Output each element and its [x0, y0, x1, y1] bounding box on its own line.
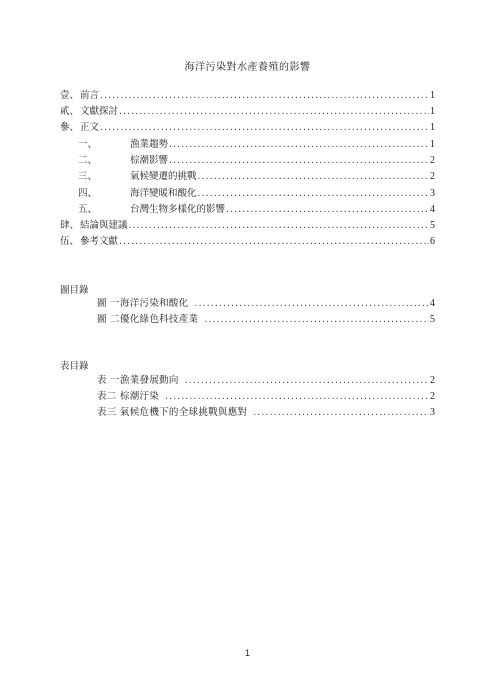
dot-leader	[100, 89, 429, 103]
toc-entry-preface[interactable]: 壹、 前言 1	[60, 89, 435, 103]
dot-leader	[198, 187, 429, 201]
dot-leader	[204, 313, 429, 327]
toc-number: 四、	[78, 187, 118, 201]
toc-entry-climate-change[interactable]: 三、 氣候變遷的挑戰 2	[78, 170, 435, 184]
dot-leader	[169, 154, 429, 168]
table-label: 表三 氣候危機下的全球挑戰與應對	[97, 406, 247, 420]
dot-leader	[253, 406, 429, 420]
toc-label: 結論與建議	[80, 219, 128, 233]
table-entry[interactable]: 表 一漁業發展動向 2	[97, 374, 435, 388]
figure-label: 圖 二優化綠色科技產業	[97, 313, 198, 327]
dot-leader	[198, 170, 429, 184]
figure-page: 4	[430, 297, 435, 311]
dot-leader	[165, 390, 429, 404]
dot-leader	[195, 297, 429, 311]
page-number: 1	[0, 648, 495, 658]
table-page: 2	[430, 374, 435, 388]
toc-label: 台灣生物多樣化的影響	[130, 203, 225, 217]
figure-label: 圖 一海洋污染和酸化	[97, 297, 189, 311]
table-label: 表二 棕潮汙染	[97, 390, 159, 404]
toc-number: 二、	[78, 154, 118, 168]
dot-leader	[119, 235, 429, 249]
toc-page: 1	[430, 138, 435, 152]
toc-entry-brown-tide[interactable]: 二、 棕潮影響 2	[78, 154, 435, 168]
toc-page: 1	[430, 89, 435, 103]
toc-page: 4	[430, 203, 435, 217]
toc-number: 一、	[78, 138, 118, 152]
table-entry[interactable]: 表二 棕潮汙染 2	[97, 390, 435, 404]
figure-entry[interactable]: 圖 二優化綠色科技產業 5	[97, 313, 435, 327]
toc-label: 氣候變遷的挑戰	[130, 170, 197, 184]
toc-entry-biodiversity[interactable]: 五、 台灣生物多樣化的影響 4	[78, 203, 435, 217]
toc-number: 壹、	[60, 89, 80, 103]
toc-page: 1	[430, 121, 435, 135]
toc-label: 海洋變暖和酸化	[130, 187, 197, 201]
toc-entry-literature-review[interactable]: 貳、 文獻探討 1	[60, 105, 435, 119]
toc-page: 2	[430, 170, 435, 184]
toc-entry-main-text[interactable]: 參、 正文 1	[60, 121, 435, 135]
toc-page: 5	[430, 219, 435, 233]
dot-leader	[169, 138, 429, 152]
toc-entry-conclusion[interactable]: 肆、 結論與建議 5	[60, 219, 435, 233]
figure-entry[interactable]: 圖 一海洋污染和酸化 4	[97, 297, 435, 311]
toc-entry-references[interactable]: 伍、 參考文獻 6	[60, 235, 435, 249]
figure-page: 5	[430, 313, 435, 327]
dot-leader	[129, 219, 429, 233]
toc-label: 漁業趨勢	[130, 138, 168, 152]
toc-label: 正文	[80, 121, 99, 135]
toc-number: 三、	[78, 170, 118, 184]
toc-number: 貳、	[60, 105, 80, 119]
toc-label: 文獻探討	[80, 105, 118, 119]
toc-page: 2	[430, 154, 435, 168]
table-page: 3	[430, 406, 435, 420]
table-entry[interactable]: 表三 氣候危機下的全球挑戰與應對 3	[97, 406, 435, 420]
dot-leader	[185, 374, 429, 388]
toc-label: 參考文獻	[80, 235, 118, 249]
toc-number: 參、	[60, 121, 80, 135]
table-page: 2	[430, 390, 435, 404]
toc-page: 1	[430, 105, 435, 119]
toc-number: 伍、	[60, 235, 80, 249]
toc-page: 6	[430, 235, 435, 249]
document-title: 海洋污染對水產養殖的影響	[0, 58, 495, 73]
dot-leader	[226, 203, 429, 217]
dot-leader	[119, 105, 429, 119]
toc-entry-ocean-warming[interactable]: 四、 海洋變暖和酸化 3	[78, 187, 435, 201]
toc-page: 3	[430, 187, 435, 201]
toc-label: 前言	[80, 89, 99, 103]
figures-heading: 圖目錄	[60, 282, 89, 296]
dot-leader	[100, 121, 429, 135]
tables-heading: 表目錄	[60, 358, 89, 372]
toc-label: 棕潮影響	[130, 154, 168, 168]
toc-entry-fishery-trends[interactable]: 一、 漁業趨勢 1	[78, 138, 435, 152]
toc-number: 肆、	[60, 219, 80, 233]
toc-number: 五、	[78, 203, 118, 217]
table-label: 表 一漁業發展動向	[97, 374, 179, 388]
